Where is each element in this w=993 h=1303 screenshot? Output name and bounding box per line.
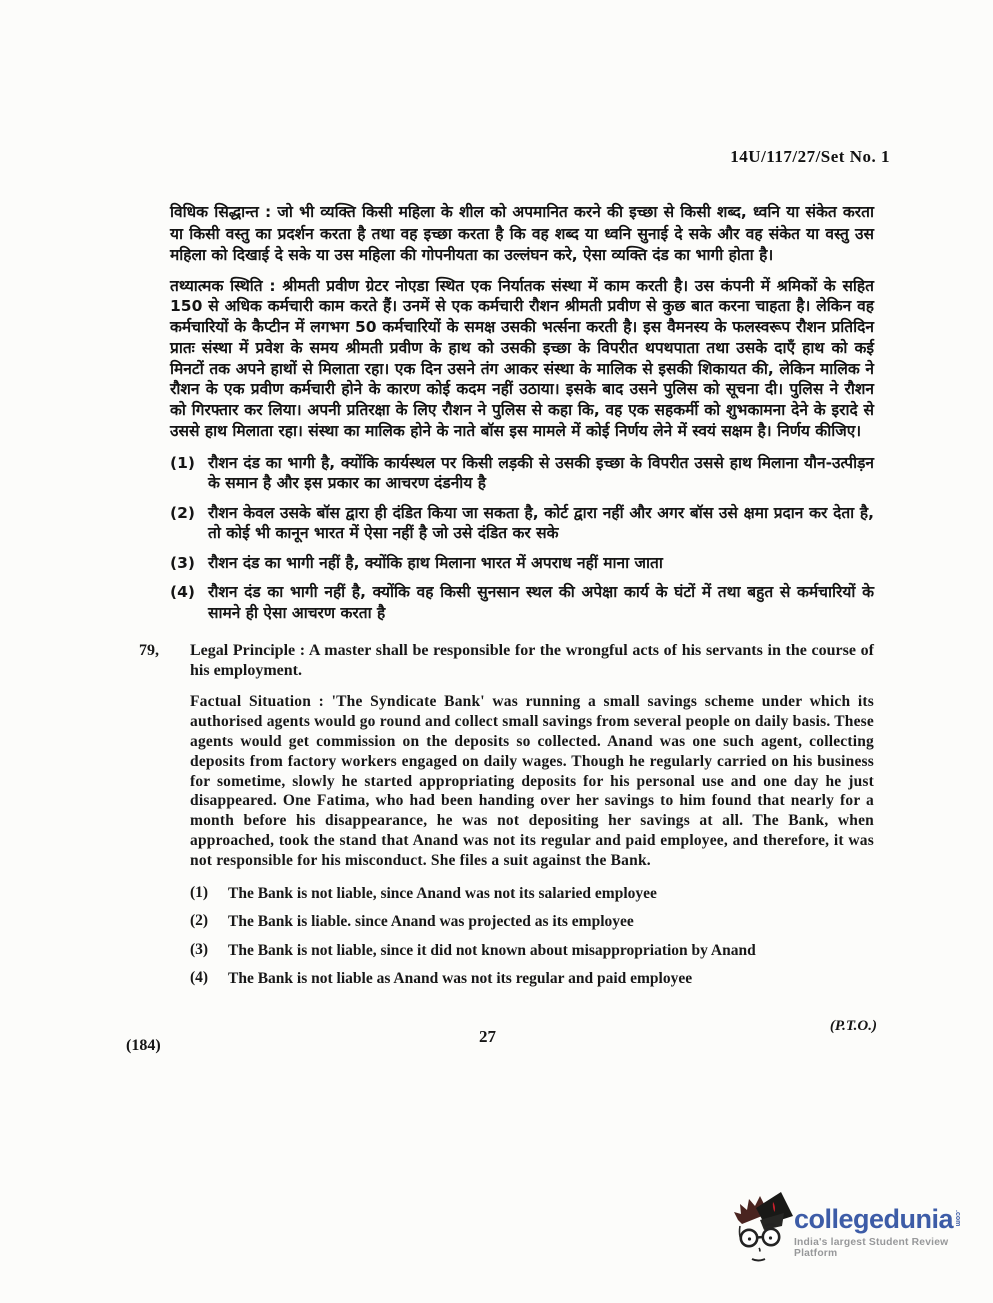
hindi-options: (1) रौशन दंड का भागी है, क्योंकि कार्यस्… <box>170 453 874 624</box>
option-number: (3) <box>190 941 228 959</box>
hindi-option-2: (2) रौशन केवल उसके बॉस द्वारा ही दंडित क… <box>170 503 874 544</box>
option-number: (1) <box>170 453 208 474</box>
question-number: 79, <box>139 642 159 660</box>
option-number: (1) <box>190 884 228 902</box>
option-text: The Bank is not liable, since Anand was … <box>228 884 874 903</box>
english-options: (1) The Bank is not liable, since Anand … <box>190 884 874 989</box>
brand-tagline: India's largest Student Review Platform <box>794 1237 972 1259</box>
option-text: रौशन दंड का भागी नहीं है, क्योंकि हाथ मि… <box>208 553 874 574</box>
question-79-block: 79, Legal Principle : A master shall be … <box>170 641 874 988</box>
option-number: (4) <box>170 582 208 603</box>
option-number: (2) <box>190 912 228 930</box>
hindi-factual-situation: तथ्यात्मक स्थिति : श्रीमती प्रवीण ग्रेटर… <box>170 276 874 442</box>
brand-domain-suffix: .com <box>954 1210 961 1226</box>
option-text: रौशन दंड का भागी है, क्योंकि कार्यस्थल प… <box>208 453 874 494</box>
please-turn-over-label: (P.T.O.) <box>830 1018 877 1035</box>
english-factual-situation: Factual Situation : 'The Syndicate Bank'… <box>190 692 874 870</box>
hindi-option-3: (3) रौशन दंड का भागी नहीं है, क्योंकि हा… <box>170 553 874 574</box>
english-legal-principle: Legal Principle : A master shall be resp… <box>190 641 874 681</box>
english-option-1: (1) The Bank is not liable, since Anand … <box>190 884 874 903</box>
brand-wordmark: collegedunia <box>794 1206 953 1233</box>
hindi-question-block: विधिक सिद्धान्त : जो भी व्यक्ति किसी महि… <box>170 202 874 623</box>
collegedunia-watermark: collegedunia .com India's largest Studen… <box>732 1190 972 1266</box>
collegedunia-mascot-icon <box>732 1190 794 1264</box>
option-text: रौशन केवल उसके बॉस द्वारा ही दंडित किया … <box>208 503 874 544</box>
footer-code: (184) <box>126 1037 161 1055</box>
hindi-option-1: (1) रौशन दंड का भागी है, क्योंकि कार्यस्… <box>170 453 874 494</box>
page-number: 27 <box>479 1027 496 1047</box>
option-number: (4) <box>190 969 228 987</box>
english-option-4: (4) The Bank is not liable as Anand was … <box>190 969 874 988</box>
option-number: (2) <box>170 503 208 524</box>
english-option-3: (3) The Bank is not liable, since it did… <box>190 941 874 960</box>
page-content: विधिक सिद्धान्त : जो भी व्यक्ति किसी महि… <box>170 202 874 998</box>
english-option-2: (2) The Bank is liable. since Anand was … <box>190 912 874 931</box>
option-text: रौशन दंड का भागी नहीं है, क्योंकि वह किस… <box>208 582 874 623</box>
option-text: The Bank is liable. since Anand was proj… <box>228 912 874 931</box>
paper-code: 14U/117/27/Set No. 1 <box>730 147 890 167</box>
hindi-option-4: (4) रौशन दंड का भागी नहीं है, क्योंकि वह… <box>170 582 874 623</box>
option-text: The Bank is not liable as Anand was not … <box>228 969 874 988</box>
hindi-legal-principle: विधिक सिद्धान्त : जो भी व्यक्ति किसी महि… <box>170 202 874 267</box>
brand-text: collegedunia .com India's largest Studen… <box>794 1190 972 1259</box>
option-number: (3) <box>170 553 208 574</box>
option-text: The Bank is not liable, since it did not… <box>228 941 874 960</box>
scanned-exam-page: 14U/117/27/Set No. 1 विधिक सिद्धान्त : ज… <box>0 0 993 1303</box>
